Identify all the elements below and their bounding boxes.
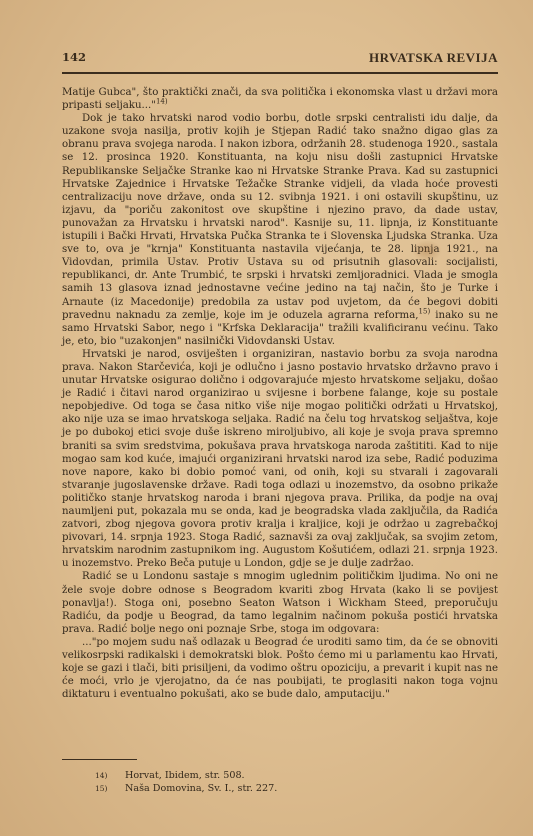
- running-head: 142 HRVATSKA REVIJA: [62, 47, 498, 67]
- header-rule: [62, 72, 498, 74]
- paragraph: Dok je tako hrvatski narod vodio borbu, …: [62, 112, 498, 348]
- footnote: 15) Naša Domovina, Sv. I., str. 227.: [95, 783, 277, 796]
- footnotes: 14) Horvat, Ibidem, str. 508. 15) Naša D…: [95, 770, 277, 795]
- footnote: 14) Horvat, Ibidem, str. 508.: [95, 770, 277, 783]
- footnote-ref: 15): [419, 307, 431, 315]
- footnote-text: Naša Domovina, Sv. I., str. 227.: [125, 783, 277, 796]
- page-number: 142: [62, 50, 86, 64]
- paragraph: Hrvatski je narod, osviješten i organizi…: [62, 348, 498, 571]
- footnote-rule: [62, 759, 137, 760]
- block-quote: ..."po mojem sudu naš odlazak u Beograd …: [62, 636, 498, 701]
- paragraph: Radić se u Londonu sastaje s mnogim ugle…: [62, 570, 498, 635]
- paper-stain: [412, 240, 442, 262]
- footnote-text: Horvat, Ibidem, str. 508.: [125, 770, 245, 783]
- footnote-mark: 15): [95, 783, 125, 796]
- journal-title: HRVATSKA REVIJA: [369, 50, 498, 66]
- footnote-mark: 14): [95, 770, 125, 783]
- paragraph-continuation: Matije Gubca", što praktički znači, da s…: [62, 86, 498, 112]
- body-text: Matije Gubca", što praktički znači, da s…: [62, 86, 498, 701]
- footnote-ref: 14): [156, 98, 168, 106]
- book-page: 142 HRVATSKA REVIJA Matije Gubca", što p…: [0, 0, 533, 836]
